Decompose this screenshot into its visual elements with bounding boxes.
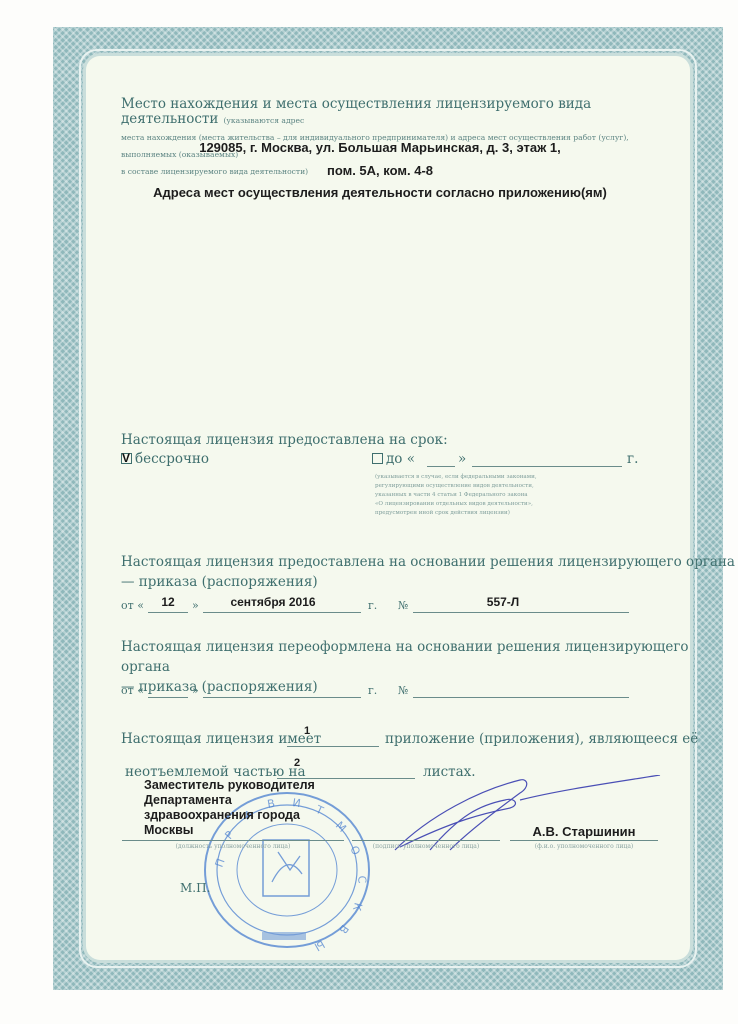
location-note-1: (указываются адрес <box>223 116 304 125</box>
stamp-place-label: М.П. <box>180 881 210 895</box>
svg-text:Ы: Ы <box>312 937 327 953</box>
granted-day: 12 <box>148 595 188 609</box>
reissued-date-line[interactable] <box>203 697 361 698</box>
granted-number-line <box>413 612 629 613</box>
granted-date-line <box>203 612 361 613</box>
position-caption: (должность уполномоченного лица) <box>122 843 344 850</box>
appendix-count-line <box>287 746 379 747</box>
signature-line-rule <box>352 840 500 841</box>
appendix-text-2: приложение (приложения), являющееся её <box>385 731 698 747</box>
granted-number-label: № <box>398 599 408 612</box>
granted-heading-line-2: — приказа (распоряжения) <box>121 572 735 592</box>
granted-close-quote: » <box>192 599 199 612</box>
svg-text:С: С <box>355 875 369 884</box>
svg-text:М: М <box>333 819 349 835</box>
granted-year-suffix: г. <box>368 599 377 612</box>
term-until: до « <box>372 451 415 467</box>
appendix-sheets: 2 <box>277 757 317 769</box>
granted-day-line <box>148 612 188 613</box>
position-line-rule <box>122 840 344 841</box>
term-note-line: указанных в части 4 статьи 1 Федеральног… <box>375 491 575 500</box>
svg-text:П: П <box>213 857 228 869</box>
granted-heading-line-1: Настоящая лицензия предоставлена на осно… <box>121 552 735 572</box>
position-line: Департамента <box>144 793 315 808</box>
granted-from-label: от « <box>121 599 144 612</box>
name-caption: (ф.и.о. уполномоченного лица) <box>510 843 658 850</box>
svg-text:В: В <box>336 922 351 936</box>
reissued-day-line[interactable] <box>148 697 188 698</box>
term-heading: Настоящая лицензия предоставлена на срок… <box>121 432 448 448</box>
granted-heading: Настоящая лицензия предоставлена на осно… <box>121 552 735 592</box>
granted-month-year: сентября 2016 <box>203 595 343 609</box>
location-heading: Место нахождения и места осуществления л… <box>121 96 591 127</box>
term-note-line: регулирующими осуществление видов деятел… <box>375 482 575 491</box>
position-line: Заместитель руководителя <box>144 778 315 793</box>
until-day-line[interactable] <box>427 466 455 467</box>
address-line-2: пом. 5А, ком. 4-8 <box>110 163 650 178</box>
check-mark-icon: V <box>122 451 130 465</box>
signature-caption: (подпись уполномоченного лица) <box>352 843 500 850</box>
granted-number: 557-Л <box>413 595 593 609</box>
address-line-1: 129085, г. Москва, ул. Большая Марьинска… <box>110 140 650 155</box>
signatory-position: Заместитель руководителя Департамента зд… <box>144 778 315 838</box>
reissued-close-quote: » <box>192 684 199 697</box>
indefinite-label: бессрочно <box>135 451 209 467</box>
term-indefinite: V бессрочно <box>121 451 209 467</box>
name-line-rule <box>510 840 658 841</box>
address-line-3: Адреса мест осуществления деятельности с… <box>110 185 650 200</box>
until-checkbox[interactable] <box>372 453 383 464</box>
reissued-heading: Настоящая лицензия переоформлена на осно… <box>121 637 738 697</box>
until-label: до « <box>386 451 415 467</box>
reissued-year-suffix: г. <box>368 684 377 697</box>
term-note-line: предусмотрен иной срок действия лицензии… <box>375 509 575 518</box>
reissued-from-label: от « <box>121 684 144 697</box>
until-close-quote: » <box>458 451 466 467</box>
term-note-line: «О лицензировании отдельных видов деятел… <box>375 500 575 509</box>
appendix-count: 1 <box>287 725 327 737</box>
term-note: (указывается в случае, если федеральными… <box>375 473 575 518</box>
until-year-suffix: г. <box>627 451 638 467</box>
position-line: здравоохранения города <box>144 808 315 823</box>
reissued-number-label: № <box>398 684 408 697</box>
reissued-heading-line-1: Настоящая лицензия переоформлена на осно… <box>121 637 738 677</box>
until-month-line[interactable] <box>472 466 622 467</box>
position-line: Москвы <box>144 823 315 838</box>
reissued-heading-line-2: — приказа (распоряжения) <box>121 677 738 697</box>
reissued-number-line[interactable] <box>413 697 629 698</box>
term-note-line: (указывается в случае, если федеральными… <box>375 473 575 482</box>
signatory-name: А.В. Старшинин <box>510 824 658 839</box>
svg-text:К: К <box>350 901 365 912</box>
indefinite-checkbox[interactable]: V <box>121 453 132 464</box>
